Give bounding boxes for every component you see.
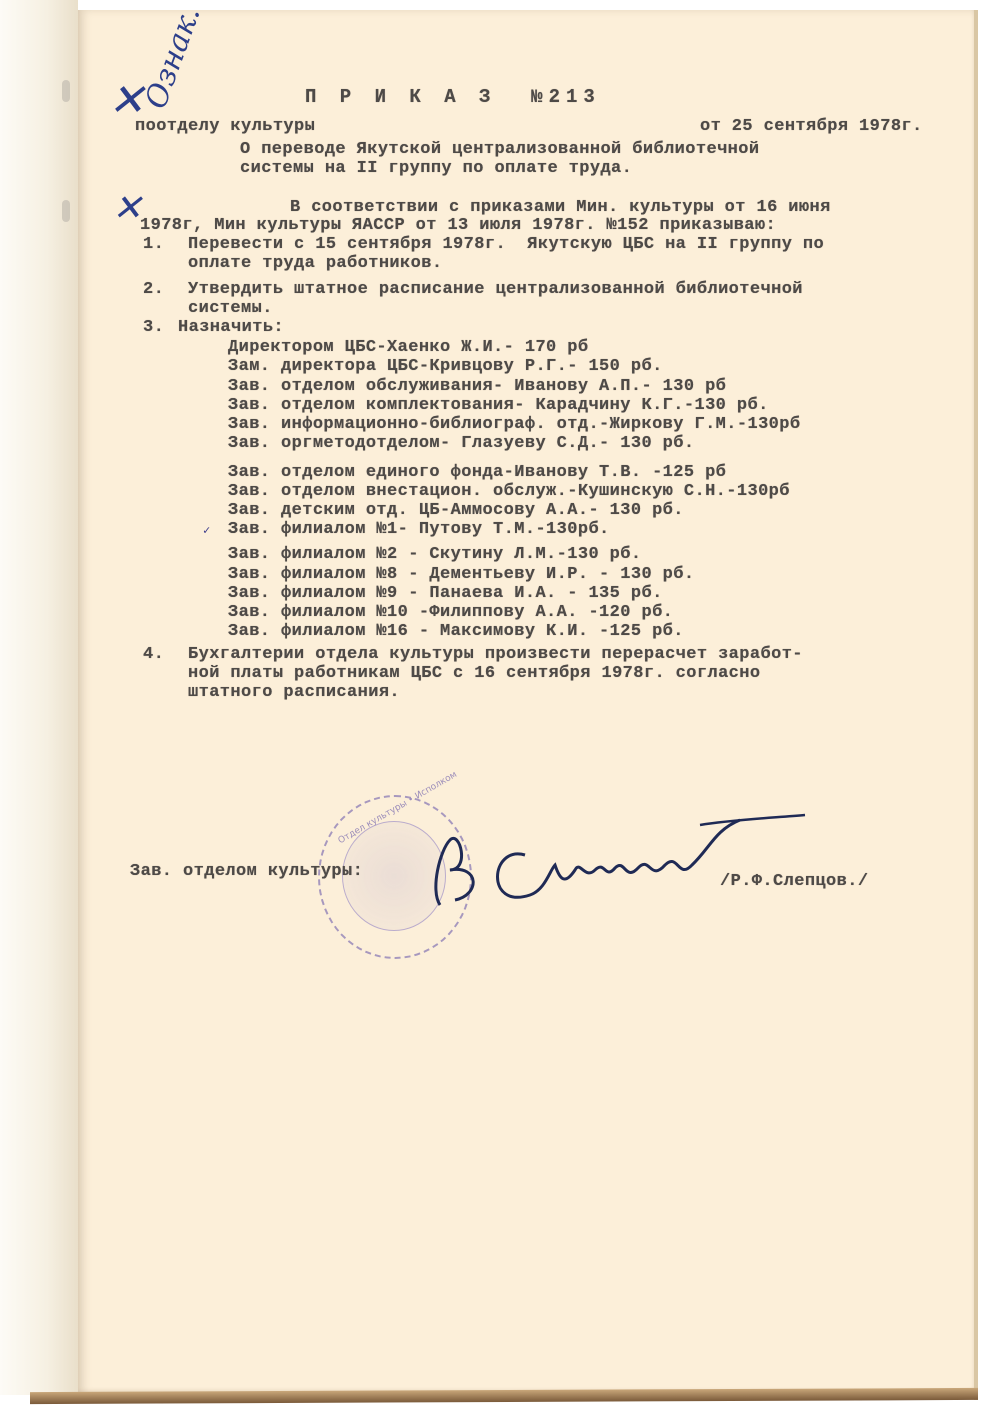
page-edge [974, 10, 978, 1400]
appointment-line: Зав. филиалом №8 - Дементьеву И.Р. - 130… [228, 565, 694, 584]
item-number: 1. [143, 235, 164, 254]
handwritten-signature [410, 810, 840, 920]
item-number: 4. [143, 645, 164, 664]
appointment-line: Зав. отделом комплектования- Карадчину К… [228, 396, 769, 415]
margin-cross-mark: ✕ [112, 188, 142, 229]
item-number: 2. [143, 280, 164, 299]
appointment-line: Зав. филиалом №10 -Филиппову А.А. -120 р… [228, 603, 673, 622]
signatory-label: Зав. отделом культуры: [130, 862, 363, 881]
appointment-line: Зав. отделом обслуживания- Иванову А.П.-… [228, 377, 726, 396]
subject-line: О переводе Якутской централизованной биб… [240, 140, 759, 159]
appointment-line: Директором ЦБС-Хаенко Ж.И.- 170 рб [228, 338, 588, 357]
subject-line: системы на II группу по оплате труда. [240, 159, 632, 178]
signatory-name: /Р.Ф.Слепцов./ [720, 872, 868, 891]
item-text: ной платы работникам ЦБС с 16 сентября 1… [188, 664, 761, 683]
appointment-line: Зав. детским отд. ЦБ-Аммосову А.А.- 130 … [228, 501, 684, 520]
item-text: Утвердить штатное расписание централизов… [188, 280, 803, 299]
binding-strip [0, 0, 78, 1395]
check-mark-icon: ✓ [203, 523, 210, 538]
appointment-line: Зав. отделом единого фонда-Иванову Т.В. … [228, 463, 726, 482]
appointment-line: Зав. информационно-библиограф. отд.-Жирк… [228, 415, 801, 434]
appointment-line: Зав. отделом внестацион. обслуж.-Кушинск… [228, 482, 790, 501]
binding-hole [62, 200, 70, 222]
item-number: 3. [143, 318, 164, 337]
binding-hole [62, 80, 70, 102]
issuer-line: поотделу культуры [135, 117, 315, 136]
item-text: Назначить: [178, 318, 284, 337]
appointment-line: Зав. филиалом №1- Путову Т.М.-130рб. [228, 520, 610, 539]
appointment-line: Зав. оргметодотделом- Глазуеву С.Д.- 130… [228, 434, 694, 453]
item-text: системы. [188, 299, 273, 318]
appointment-line: Зав. филиалом №2 - Скутину Л.М.-130 рб. [228, 545, 641, 564]
item-text: штатного расписания. [188, 683, 400, 702]
appointment-line: Зам. директора ЦБС-Кривцову Р.Г.- 150 рб… [228, 357, 663, 376]
preamble-line: 1978г, Мин культуры ЯАССР от 13 июля 197… [140, 216, 776, 235]
preamble-line: В соответствии с приказами Мин. культуры… [290, 198, 831, 217]
item-text: Бухгалтерии отдела культуры произвести п… [188, 645, 803, 664]
item-text: Перевести с 15 сентября 1978г. Якутскую … [188, 235, 824, 254]
item-text: оплате труда работников. [188, 254, 442, 273]
appointment-line: Зав. филиалом №9 - Панаева И.А. - 135 рб… [228, 584, 663, 603]
document-date: от 25 сентября 1978г. [700, 117, 923, 136]
document-title: П Р И К А З №213 [305, 88, 601, 107]
appointment-line: Зав. филиалом №16 - Максимову К.И. -125 … [228, 622, 684, 641]
